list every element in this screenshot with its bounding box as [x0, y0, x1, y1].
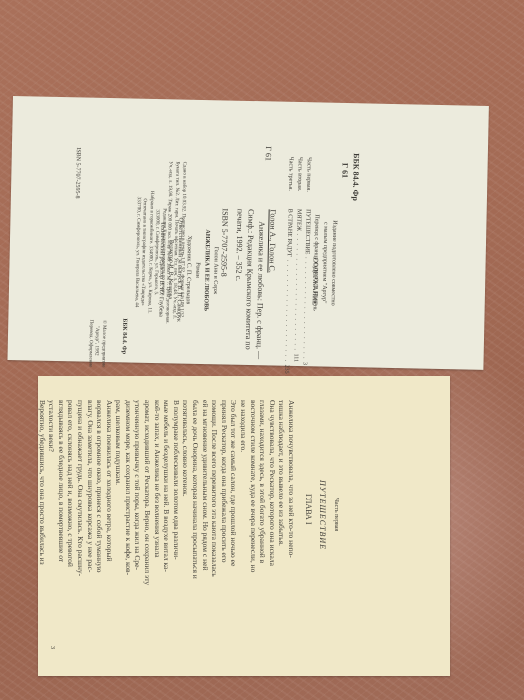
print-details: Сдано в набор 10.03.92. Подписано в печа… [163, 161, 187, 324]
text-line: глазами, находится здесь, в этой богато … [258, 400, 268, 585]
text-line: ворвался в огромное окно, принеся с собо… [95, 400, 105, 585]
text-line: была ее дочь Онорина, которая начинала п… [190, 400, 200, 585]
page-number: 3 [47, 646, 56, 649]
text-line: рам, шелковым подушкам. [114, 400, 124, 585]
text-line: Вероятно, убедившись, что она просто выб… [37, 400, 47, 585]
contents-block: СОДЕРЖАНИЕ Часть первая.ПУТЕШЕСТВИЕ . . … [281, 157, 322, 375]
text-line: принял Рескатор, когда она прибежала про… [219, 400, 229, 585]
text-line: утонченную привычку с той поры, когда жи… [133, 400, 143, 585]
text-line: тишка наблюдает, и это вывело ее из забы… [277, 400, 287, 585]
bbk-text: ББК 84.4. Фр [350, 153, 362, 201]
chapter-heading: ГЛАВА I [303, 494, 314, 525]
catalog-code: Г 61 [263, 146, 274, 161]
text-line: не находила его. [238, 400, 248, 585]
text-line: мые мебель и безделушки на ней. В воздух… [162, 400, 172, 585]
imprint-page: ББК 84.4. Фр Г 61 Издание подготовлено с… [7, 96, 488, 370]
printer-lines: Редакция Крымского комитета по печати. 3… [132, 191, 167, 314]
text-line: Это был тот же самый салон, где прошлой … [229, 400, 239, 585]
text-line: вглядываясь в ее бледное лицо, в помертв… [56, 400, 66, 585]
isbn-bottom: ISBN 5-7707-2595-8 [72, 147, 82, 198]
text-line: Анжелика почувствовала, что за ней кто-т… [286, 400, 296, 585]
text-line: кой-то запах, и Анжелика не без волнения… [152, 400, 162, 585]
bbk-code: ББК 84.4. Фр Г 61 [339, 153, 362, 201]
text-line: аромат, исходивший от Рескатора. Верно, … [143, 400, 153, 585]
copyright-line: Перевод. Оформление [86, 320, 93, 368]
text-line: пущена и обнажает грудь. Она смутилась. … [75, 400, 85, 585]
text-line: диземном море, как сохранил пристрастие … [123, 400, 133, 585]
catalog-entry: Голон А., Голон С. Анжелика и ее любовь:… [217, 208, 279, 359]
text-line: ей на мгновение удивительным сном. Но ря… [200, 400, 210, 585]
text-line: В полумраке поблескивали золотом едва ра… [171, 400, 181, 585]
text-line: потягивалась, словно котенок. [181, 400, 191, 585]
text-line: помощи. После всего пережитого эта каюта… [210, 400, 220, 585]
copyright-line: © Малое предприятие [99, 320, 106, 368]
text-line: ровал его, склонясь над ней и, возможно,… [66, 400, 76, 585]
text-line: Анжелика поежилась от холодного ветра, к… [104, 400, 114, 585]
chapter-text: Анжелика почувствовала, что за ней кто-т… [37, 400, 296, 585]
text-line: Она чувствовала, что Рескатор, которого … [267, 400, 277, 585]
bbk-bottom: ББК 84.4. Фр [119, 318, 129, 354]
text-line: восточном стиле комнате, куда ее вчера п… [248, 400, 258, 585]
text-page: Часть первая ПУТЕШЕСТВИЕ ГЛАВА I Анжелик… [38, 376, 450, 676]
copyright-block: © Малое предприятие "Артур", 1992 Перево… [86, 320, 106, 368]
part-label: Часть первая [331, 498, 340, 531]
part-title: ПУТЕШЕСТВИЕ [317, 480, 328, 550]
text-line: влагу. Она заметила, что шнуровка корсаж… [85, 400, 95, 585]
text-line: усталости веки? [47, 400, 57, 585]
